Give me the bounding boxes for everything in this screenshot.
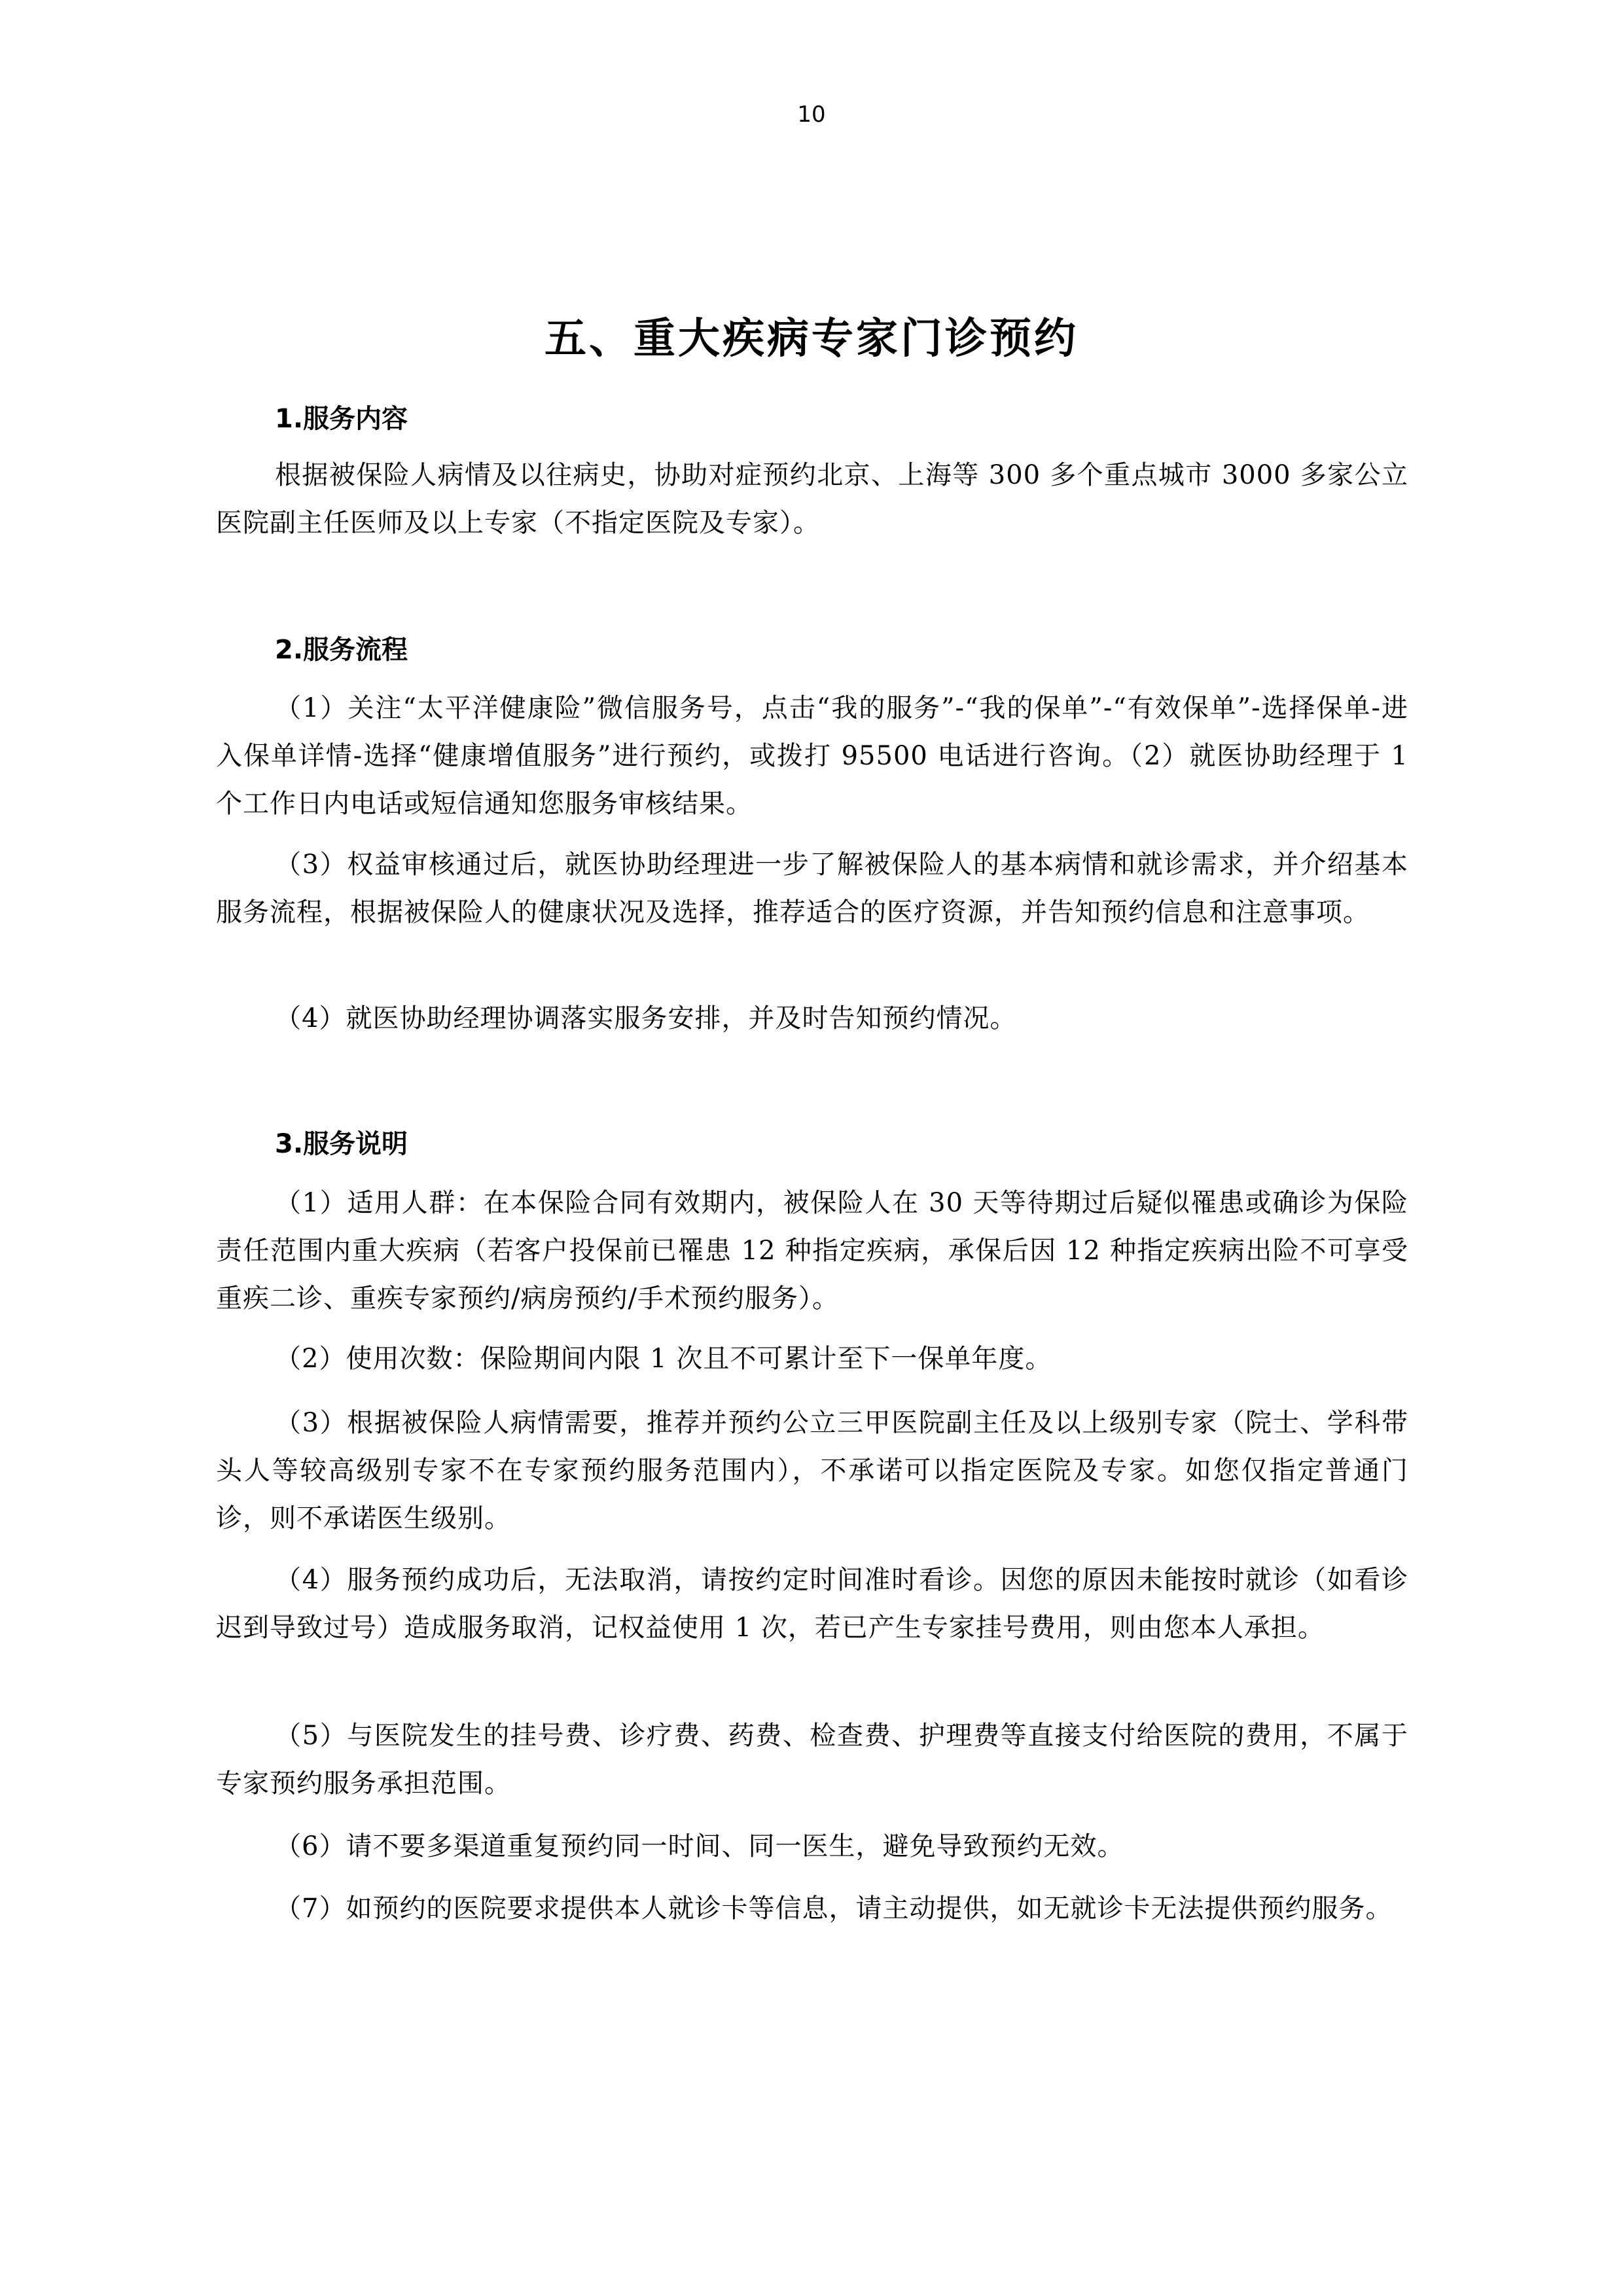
paragraph: （6）请不要多渠道重复预约同一时间、同一医生，避免导致预约无效。: [216, 1823, 1408, 1871]
section-heading-service-process: 2.服务流程: [275, 634, 408, 666]
paragraph: （7）如预约的医院要求提供本人就诊卡等信息，请主动提供，如无就诊卡无法提供预约服…: [216, 1885, 1408, 1933]
section-heading-service-notes: 3.服务说明: [275, 1128, 408, 1160]
paragraph: （3）根据被保险人病情需要，推荐并预约公立三甲医院副主任及以上级别专家（院士、学…: [216, 1399, 1408, 1543]
paragraph: （5）与医院发生的挂号费、诊疗费、药费、检查费、护理费等直接支付给医院的费用，不…: [216, 1712, 1408, 1808]
paragraph: （4）服务预约成功后，无法取消，请按约定时间准时看诊。因您的原因未能按时就诊（如…: [216, 1556, 1408, 1652]
paragraph: 根据被保险人病情及以往病史，协助对症预约北京、上海等 300 多个重点城市 30…: [216, 452, 1408, 547]
page-title: 五、重大疾病专家门诊预约: [0, 313, 1623, 365]
paragraph: （1）适用人群：在本保险合同有效期内，被保险人在 30 天等待期过后疑似罹患或确…: [216, 1179, 1408, 1323]
paragraph: （3）权益审核通过后，就医协助经理进一步了解被保险人的基本病情和就诊需求，并介绍…: [216, 841, 1408, 937]
paragraph: （1）关注“太平洋健康险”微信服务号，点击“我的服务”-“我的保单”-“有效保单…: [216, 685, 1408, 828]
paragraph: （2）使用次数：保险期间内限 1 次且不可累计至下一保单年度。: [216, 1335, 1408, 1383]
page-number: 10: [0, 101, 1623, 128]
section-heading-service-content: 1.服务内容: [275, 403, 408, 435]
paragraph: （4）就医协助经理协调落实服务安排，并及时告知预约情况。: [216, 995, 1408, 1043]
